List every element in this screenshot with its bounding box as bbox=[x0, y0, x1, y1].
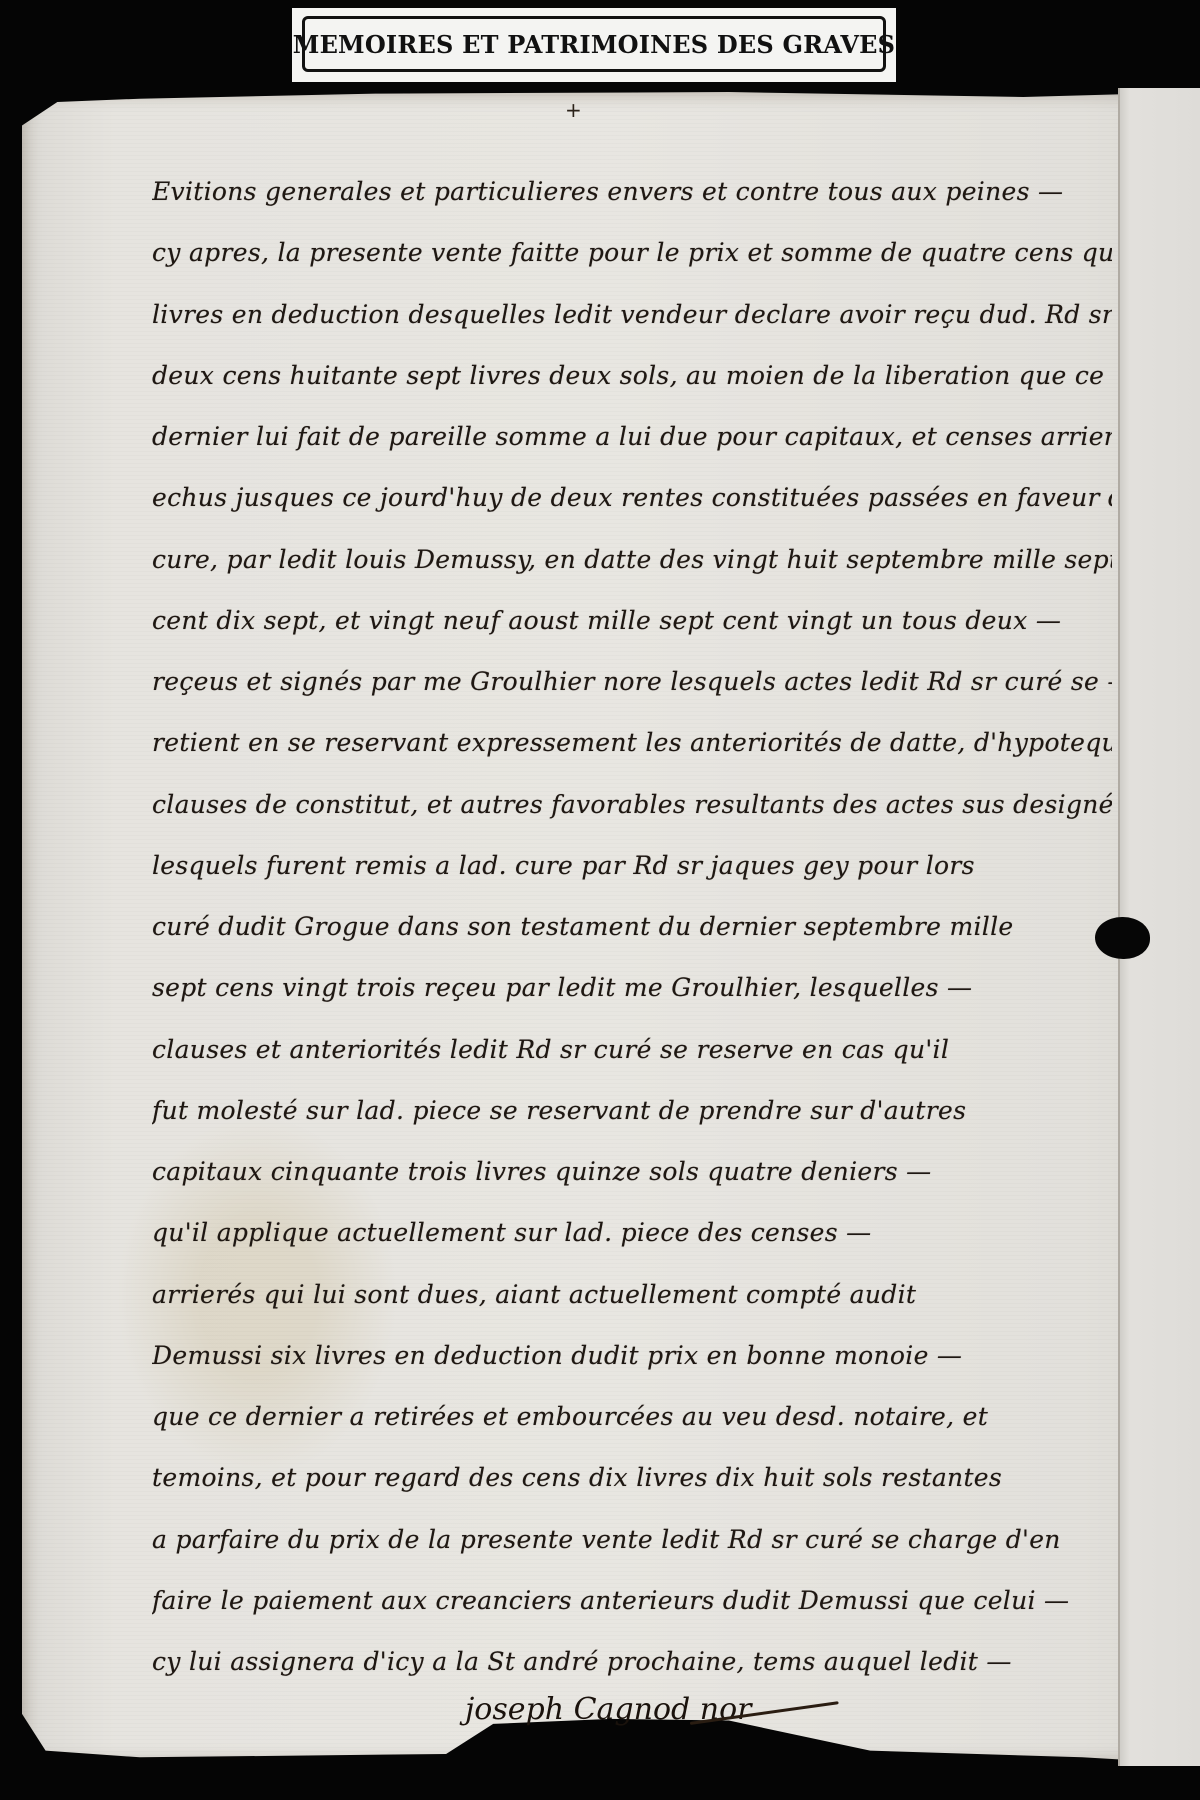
manuscript-line: qu'il applique actuellement sur lad. pie… bbox=[152, 1211, 1112, 1255]
manuscript-line: cy apres, la presente vente faitte pour … bbox=[152, 231, 1112, 275]
manuscript-line: lesquels furent remis a lad. cure par Rd… bbox=[152, 844, 1112, 888]
manuscript-line: Evitions generales et particulieres enve… bbox=[152, 170, 1112, 214]
manuscript-line: curé dudit Grogue dans son testament du … bbox=[152, 905, 1112, 949]
manuscript-line: cy lui assignera d'icy a la St andré pro… bbox=[152, 1640, 1112, 1684]
manuscript-line: Demussi six livres en deduction dudit pr… bbox=[152, 1334, 1112, 1378]
manuscript-line: echus jusques ce jourd'huy de deux rente… bbox=[152, 476, 1112, 520]
manuscript-line: fut molesté sur lad. piece se reservant … bbox=[152, 1089, 1112, 1133]
manuscript-line: deux cens huitante sept livres deux sols… bbox=[152, 354, 1112, 398]
manuscript-line: capitaux cinquante trois livres quinze s… bbox=[152, 1150, 1112, 1194]
manuscript-line: reçeus et signés par me Groulhier nore l… bbox=[152, 660, 1112, 704]
manuscript-line: faire le paiement aux creanciers anterie… bbox=[152, 1579, 1112, 1623]
manuscript-line: livres en deduction desquelles ledit ven… bbox=[152, 293, 1112, 337]
manuscript-text: Evitions generales et particulieres enve… bbox=[0, 0, 1200, 1800]
manuscript-line: retient en se reservant expressement les… bbox=[152, 721, 1112, 765]
manuscript-line: a parfaire du prix de la presente vente … bbox=[152, 1518, 1112, 1562]
manuscript-line: cure, par ledit louis Demussy, en datte … bbox=[152, 538, 1112, 582]
manuscript-line: cent dix sept, et vingt neuf aoust mille… bbox=[152, 599, 1112, 643]
manuscript-line: sept cens vingt trois reçeu par ledit me… bbox=[152, 966, 1112, 1010]
manuscript-line: clauses et anteriorités ledit Rd sr curé… bbox=[152, 1028, 1112, 1072]
manuscript-line: arrierés qui lui sont dues, aiant actuel… bbox=[152, 1273, 1112, 1317]
manuscript-line: temoins, et pour regard des cens dix liv… bbox=[152, 1456, 1112, 1500]
manuscript-line: clauses de constitut, et autres favorabl… bbox=[152, 783, 1112, 827]
manuscript-line: que ce dernier a retirées et embourcées … bbox=[152, 1395, 1112, 1439]
notary-signature: joseph Cagnod nor bbox=[465, 1685, 885, 1735]
manuscript-line: dernier lui fait de pareille somme a lui… bbox=[152, 415, 1112, 459]
